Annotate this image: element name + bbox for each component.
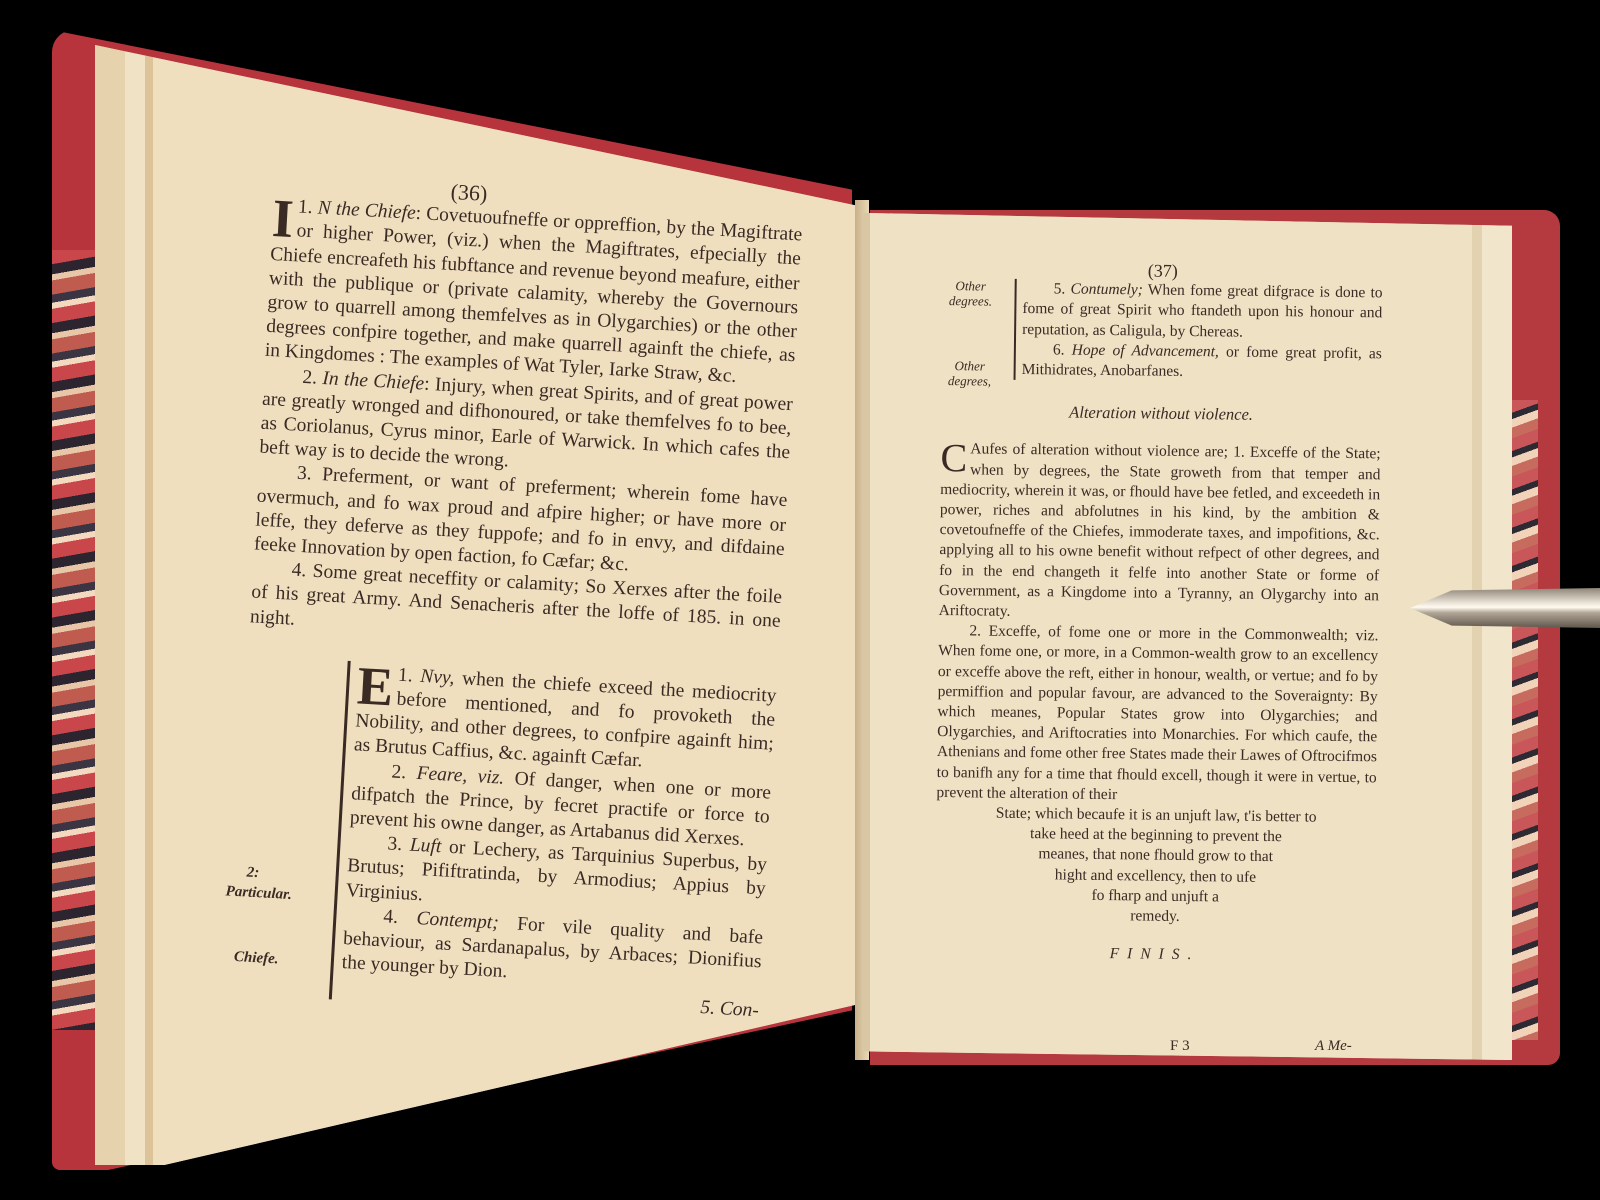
signature-mark: F 3	[1170, 1038, 1190, 1055]
marbled-endpaper-left	[52, 250, 100, 1030]
drop-cap: C	[940, 441, 967, 475]
bracket-item-5: 5. Contumely; When fome great difgrace i…	[1022, 279, 1383, 344]
catchword-right: A Me-	[1315, 1038, 1352, 1055]
side-label-other-degrees-2: Other degrees,	[939, 358, 999, 389]
drop-cap: E	[356, 663, 394, 709]
page-number-right: (37)	[943, 258, 1383, 284]
side-label-other-degrees-1: Other degrees.	[940, 278, 1000, 309]
tail-line: remedy.	[935, 904, 1375, 930]
section-heading: Alteration without violence.	[941, 401, 1381, 427]
marbled-endpaper-right	[1512, 400, 1538, 1040]
side-label-particular: Particular.	[225, 879, 293, 907]
paragraph-2: 2. Exceffe, of fome one or more in the C…	[936, 621, 1378, 808]
right-page-text: (37) Other degrees. 5. Contumely; When f…	[934, 258, 1383, 968]
other-degrees-bracket: Other degrees. 5. Contumely; When fome g…	[1014, 279, 1383, 385]
drop-cap: I	[271, 196, 294, 241]
left-page-text: (36) 1. IN the Chiefe: Covetuoufneffe or…	[229, 170, 804, 1023]
paragraph-1: CAufes of alteration without violence ar…	[939, 439, 1381, 626]
bracket-item-6: 6. Hope of Advancement, or fome great pr…	[1022, 340, 1382, 385]
particular-causes-bracket: 2: Particular. Chiefe. 1. ENvy, when the…	[329, 661, 777, 1023]
side-label-chiefe: Chiefe.	[233, 945, 279, 972]
section-1: 1. IN the Chiefe: Covetuoufneffe or oppr…	[264, 194, 803, 393]
